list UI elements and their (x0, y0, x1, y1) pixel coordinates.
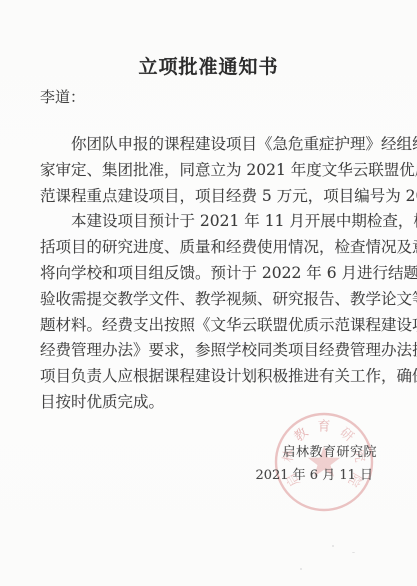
issuer-signature: 启林教育研究院 (282, 441, 377, 460)
salutation: 李道： (40, 86, 85, 107)
body-line: 项目负责人应根据课程建设计划积极推进有关工作，确保项 (40, 364, 381, 390)
body-line: 题材料。经费支出按照《文华云联盟优质示范课程建设项目 (40, 313, 381, 339)
body-line: 你团队申报的课程建设项目《急危重症护理》经组织专 (40, 132, 381, 158)
body-line: 目按时优质完成。 (40, 390, 381, 416)
approval-notice-document: 立项批准通知书 李道： 你团队申报的课程建设项目《急危重症护理》经组织专 家审定… (0, 0, 417, 586)
issue-date: 2021 年 6 月 11 日 (255, 464, 373, 483)
scan-speck (352, 552, 355, 553)
seal-char: 育 (317, 419, 330, 435)
seal-ring (276, 414, 372, 510)
body-line: 验收需提交教学文件、教学视频、研究报告、教学论文等结 (40, 287, 381, 313)
body-line: 家审定、集团批准，同意立为 2021 年度文华云联盟优质示 (40, 158, 381, 184)
document-title: 立项批准通知书 (0, 52, 417, 79)
body-line: 本建设项目预计于 2021 年 11 月开展中期检查，检查包 (40, 209, 381, 235)
body-line: 经费管理办法》要求，参照学校同类项目经费管理办法执行。 (40, 338, 381, 364)
document-body: 你团队申报的课程建设项目《急危重症护理》经组织专 家审定、集团批准，同意立为 2… (40, 132, 381, 416)
body-line: 将向学校和项目组反馈。预计于 2022 年 6 月进行结题验收， (40, 261, 381, 287)
body-line: 范课程重点建设项目，项目经费 5 万元，项目编号为 2021A07。 (40, 184, 381, 210)
body-line: 括项目的研究进度、质量和经费使用情况，检查情况及意见 (40, 235, 381, 261)
scan-speck (300, 568, 302, 570)
scan-speck (332, 545, 334, 547)
